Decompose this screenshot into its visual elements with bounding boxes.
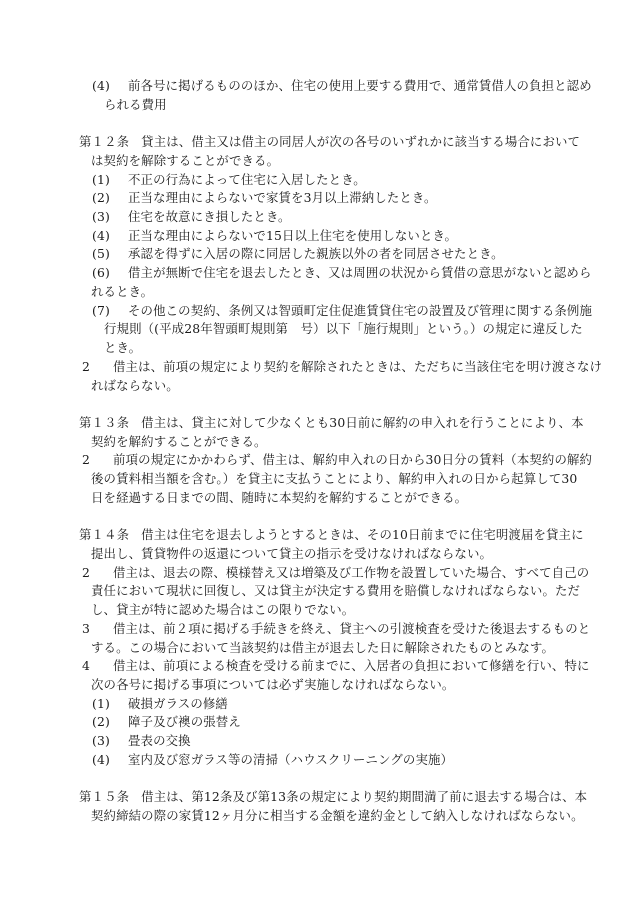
- article-continuation: 契約を解約することができる。: [79, 433, 547, 452]
- item-text: 前各号に掲げるもののほか、住宅の使用上要する費用で、通常賃借人の負担と認め: [128, 78, 592, 93]
- item-text: 室内及び窓ガラス等の清掃（ハウスクリーニングの実施）: [128, 752, 453, 767]
- article-number: 第１３条: [79, 415, 129, 430]
- list-item-continuation: とき。: [79, 339, 547, 358]
- article-text: 借主は、貸主に対して少なくとも30日前に解約の申入れを行うことにより、本: [141, 415, 583, 430]
- item-number: (4): [92, 751, 116, 770]
- item-text: 破損ガラスの修繕: [128, 696, 228, 711]
- item-text: 正当な理由によらないで家賃を3月以上滞納したとき。: [128, 190, 437, 205]
- spacer: [79, 395, 547, 414]
- paragraph-continuation: し、貸主が特に認めた場合はこの限りでない。: [79, 601, 547, 620]
- spacer: [79, 508, 547, 527]
- article-continuation: 提出し、賃貸物件の返還について貸主の指示を受けなければならない。: [79, 545, 547, 564]
- list-item: (7)その他この契約、条例又は智頭町定住促進賃貸住宅の設置及び管理に関する条例施: [79, 302, 547, 321]
- item-text: 住宅を故意にき損したとき。: [128, 209, 291, 224]
- item-text: 不正の行為によって住宅に入居したとき。: [128, 172, 366, 187]
- item-number: (1): [92, 171, 116, 190]
- list-item: (1)破損ガラスの修繕: [79, 695, 547, 714]
- item-text: 承認を得ずに入居の際に同居した親族以外の者を同居させたとき。: [128, 246, 504, 261]
- article-continuation: は契約を解除することができる。: [79, 152, 547, 171]
- paragraph-continuation: 日を経過する日までの間、随時に本契約を解約することができる。: [79, 489, 547, 508]
- article-12-heading: 第１２条貸主は、借主又は借主の同居人が次の各号のいずれかに該当する場合において: [79, 133, 547, 152]
- list-item: (6)借主が無断で住宅を退去したとき、又は周囲の状況から賃借の意思がないと認めら: [79, 264, 547, 283]
- item-number: (3): [92, 208, 116, 227]
- list-item-continuation: られる費用: [79, 96, 547, 115]
- article-number: 第１４条: [79, 527, 129, 542]
- item-text: その他この契約、条例又は智頭町定住促進賃貸住宅の設置及び管理に関する条例施: [128, 303, 592, 318]
- item-text: 正当な理由によらないで15日以上住宅を使用しないとき。: [128, 228, 457, 243]
- item-number: (4): [92, 227, 116, 246]
- list-item-continuation: れるとき。: [79, 283, 547, 302]
- item-text: 畳表の交換: [128, 733, 191, 748]
- article-number: 第１２条: [79, 134, 129, 149]
- list-item: (5)承認を得ずに入居の際に同居した親族以外の者を同居させたとき。: [79, 245, 547, 264]
- paragraph: 4借主は、前項による検査を受ける前までに、入居者の負担において修繕を行い、特に: [79, 657, 547, 676]
- list-item: (4)前各号に掲げるもののほか、住宅の使用上要する費用で、通常賃借人の負担と認め: [79, 77, 547, 96]
- document-body: (4)前各号に掲げるもののほか、住宅の使用上要する費用で、通常賃借人の負担と認め…: [79, 77, 547, 826]
- article-14-heading: 第１４条借主は住宅を退去しようとするときは、その10日前までに住宅明渡届を貸主に: [79, 526, 547, 545]
- item-number: (3): [92, 732, 116, 751]
- item-number: (5): [92, 245, 116, 264]
- paragraph-continuation: する。この場合において当該契約は借主が退去した日に解除されたものとみなす。: [79, 639, 547, 658]
- paragraph-continuation: ればならない。: [79, 377, 547, 396]
- article-text: 借主は、第12条及び第13条の規定により契約期間満了前に退去する場合は、本: [141, 789, 587, 804]
- paragraph-number: 2: [82, 564, 101, 583]
- paragraph: 2借主は、退去の際、模様替え又は増築及び工作物を設置していた場合、すべて自己の: [79, 564, 547, 583]
- paragraph-number: 2: [82, 451, 101, 470]
- article-text: 貸主は、借主又は借主の同居人が次の各号のいずれかに該当する場合において: [141, 134, 580, 149]
- article-continuation: 契約締結の際の家賃12ヶ月分に相当する金額を違約金として納入しなければならない。: [79, 807, 547, 826]
- list-item-continuation: 行規則（(平成28年智頭町規則第 号）以下「施行規則」という。）の規定に違反した: [79, 320, 547, 339]
- paragraph-text: 前項の規定にかかわらず、借主は、解約申入れの日から30日分の賃料（本契約の解約: [113, 452, 592, 467]
- item-number: (7): [92, 302, 116, 321]
- article-text: 借主は住宅を退去しようとするときは、その10日前までに住宅明渡届を貸主に: [141, 527, 583, 542]
- item-text: 借主が無断で住宅を退去したとき、又は周囲の状況から賃借の意思がないと認めら: [128, 265, 592, 280]
- list-item: (1)不正の行為によって住宅に入居したとき。: [79, 171, 547, 190]
- document-page: (4)前各号に掲げるもののほか、住宅の使用上要する費用で、通常賃借人の負担と認め…: [0, 0, 630, 903]
- paragraph-continuation: 後の賃料相当額を含む。）を貸主に支払うことにより、解約申入れの日から起算して30: [79, 470, 547, 489]
- item-number: (6): [92, 264, 116, 283]
- spacer: [79, 114, 547, 133]
- paragraph-text: 借主は、前２項に掲げる手続きを終え、貸主への引渡検査を受けた後退去するものと: [113, 621, 590, 636]
- item-text: 障子及び襖の張替え: [128, 714, 241, 729]
- list-item: (3)住宅を故意にき損したとき。: [79, 208, 547, 227]
- paragraph-text: 借主は、前項の規定により契約を解除されたときは、ただちに当該住宅を明け渡さなけ: [113, 359, 602, 374]
- list-item: (3)畳表の交換: [79, 732, 547, 751]
- paragraph: 2借主は、前項の規定により契約を解除されたときは、ただちに当該住宅を明け渡さなけ: [79, 358, 547, 377]
- paragraph-number: 2: [82, 358, 101, 377]
- paragraph-number: 3: [82, 620, 101, 639]
- paragraph-text: 借主は、退去の際、模様替え又は増築及び工作物を設置していた場合、すべて自己の: [113, 565, 589, 580]
- paragraph-number: 4: [82, 657, 101, 676]
- item-number: (2): [92, 713, 116, 732]
- list-item: (4)正当な理由によらないで15日以上住宅を使用しないとき。: [79, 227, 547, 246]
- article-number: 第１５条: [79, 789, 129, 804]
- paragraph: 3借主は、前２項に掲げる手続きを終え、貸主への引渡検査を受けた後退去するものと: [79, 620, 547, 639]
- list-item: (2)障子及び襖の張替え: [79, 713, 547, 732]
- list-item: (2)正当な理由によらないで家賃を3月以上滞納したとき。: [79, 189, 547, 208]
- paragraph-text: 借主は、前項による検査を受ける前までに、入居者の負担において修繕を行い、特に: [113, 658, 590, 673]
- article-13-heading: 第１３条借主は、貸主に対して少なくとも30日前に解約の申入れを行うことにより、本: [79, 414, 547, 433]
- list-item: (4)室内及び窓ガラス等の清掃（ハウスクリーニングの実施）: [79, 751, 547, 770]
- spacer: [79, 770, 547, 789]
- item-number: (4): [92, 77, 116, 96]
- paragraph: 2前項の規定にかかわらず、借主は、解約申入れの日から30日分の賃料（本契約の解約: [79, 451, 547, 470]
- article-15-heading: 第１５条借主は、第12条及び第13条の規定により契約期間満了前に退去する場合は、…: [79, 788, 547, 807]
- paragraph-continuation: 責任において現状に回復し、又は貸主が決定する費用を賠償しなければならない。ただ: [79, 582, 547, 601]
- paragraph-continuation: 次の各号に掲げる事項については必ず実施しなければならない。: [79, 676, 547, 695]
- item-number: (1): [92, 695, 116, 714]
- item-number: (2): [92, 189, 116, 208]
